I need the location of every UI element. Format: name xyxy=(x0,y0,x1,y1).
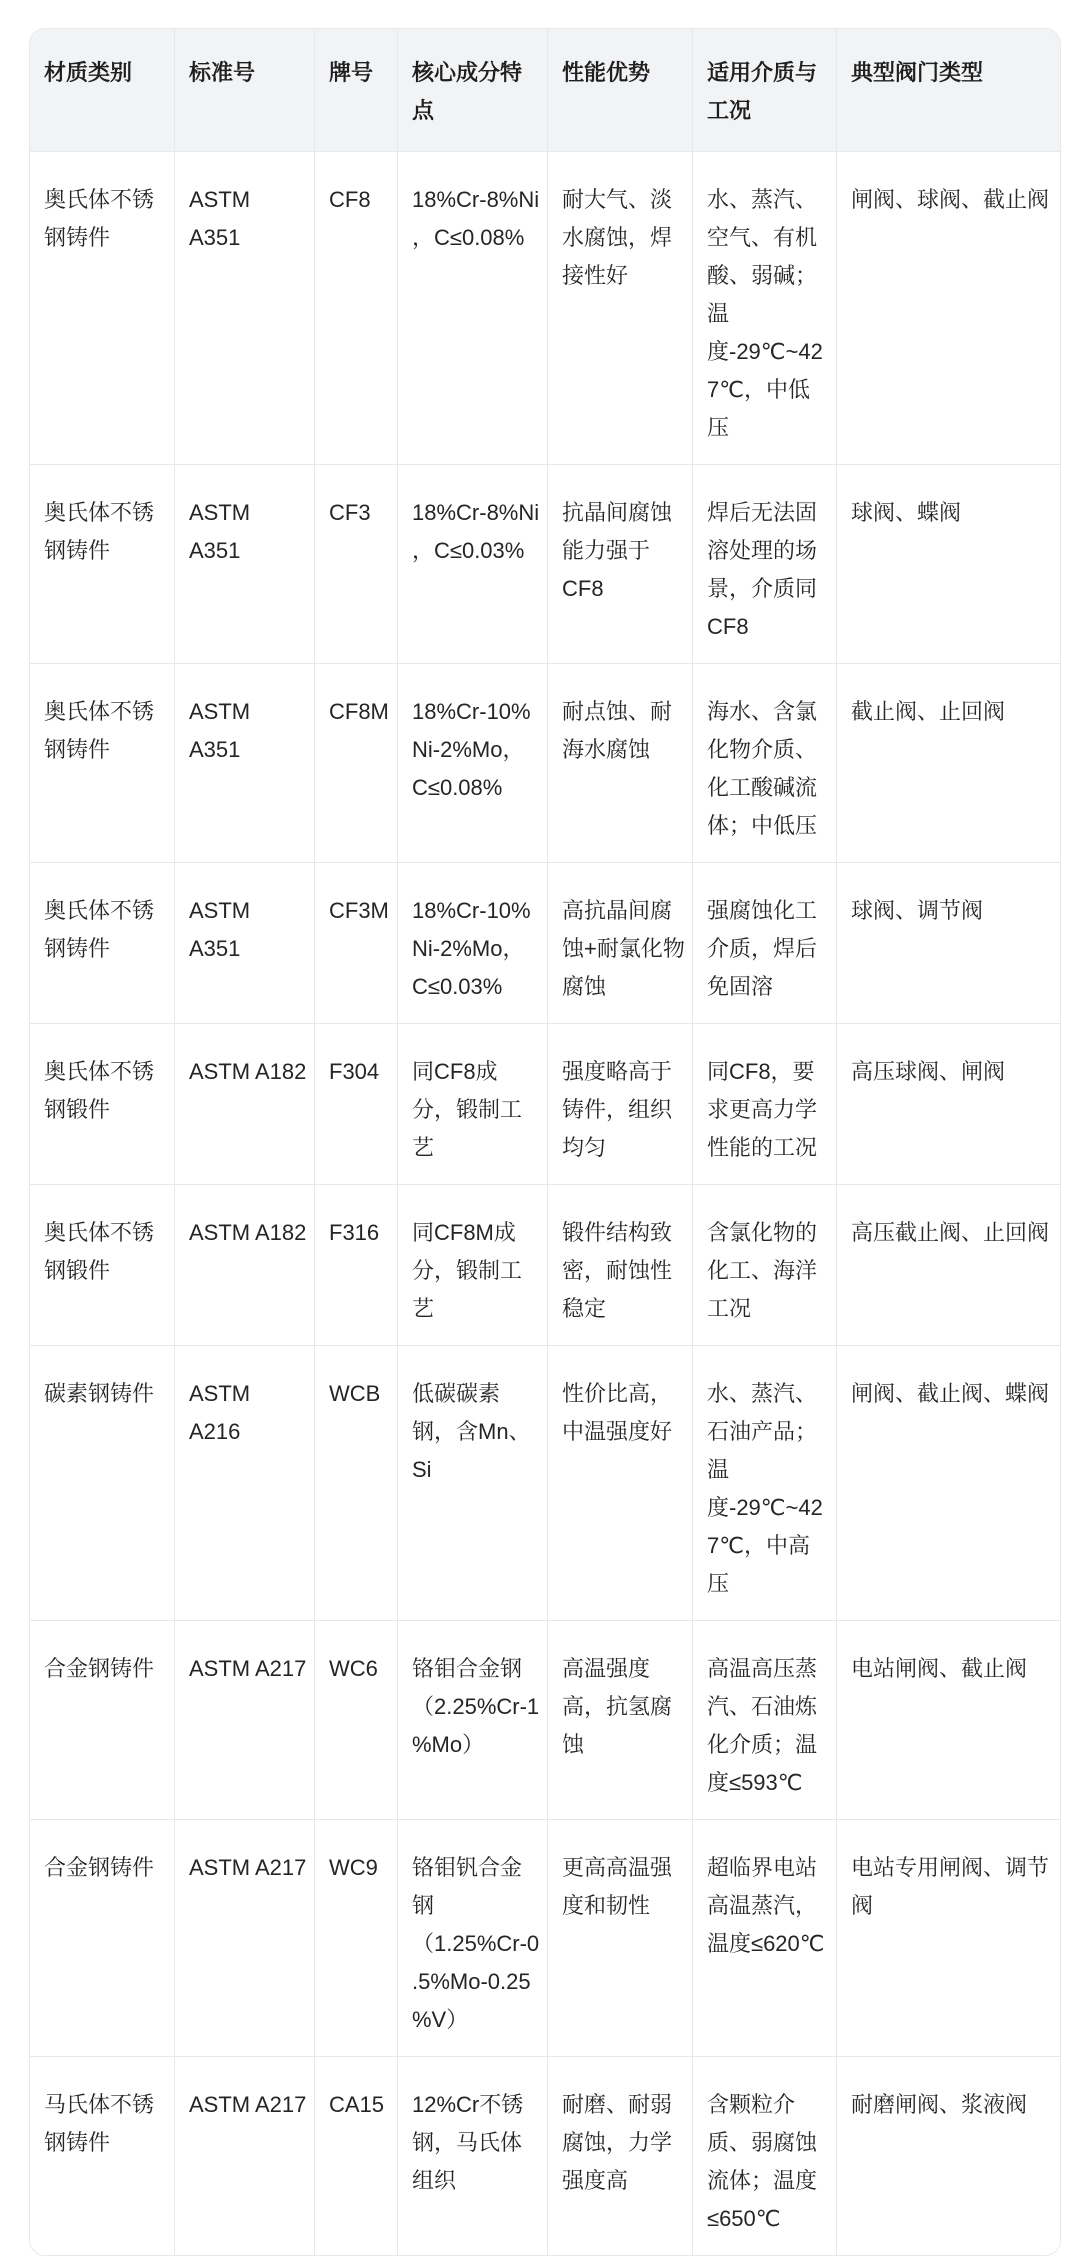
table-cell: 18%Cr-10% Ni-2%Mo， C≤0.08% xyxy=(398,664,548,863)
table-cell: 焊后无法固 溶处理的场 景，介质同 CF8 xyxy=(693,465,837,664)
table-cell: ASTM A182 xyxy=(175,1185,315,1346)
table-cell: F304 xyxy=(315,1024,398,1185)
table-cell: 强腐蚀化工 介质，焊后 免固溶 xyxy=(693,863,837,1024)
table-cell: 耐大气、淡 水腐蚀，焊 接性好 xyxy=(548,152,693,465)
table-cell: 水、蒸汽、 石油产品； 温 度-29℃~42 7℃，中高压 xyxy=(693,1346,837,1621)
table-cell: ASTM A217 xyxy=(175,1820,315,2057)
column-header: 牌号 xyxy=(315,29,398,152)
table-cell: CF3M xyxy=(315,863,398,1024)
table-row: 合金钢铸件ASTM A217WC9铬钼钒合金 钢 （1.25%Cr-0 .5%M… xyxy=(30,1820,1060,2057)
table-cell: 含氯化物的 化工、海洋 工况 xyxy=(693,1185,837,1346)
table-cell: 高压截止阀、止回阀 xyxy=(837,1185,1060,1346)
column-header: 性能优势 xyxy=(548,29,693,152)
table-cell: 水、蒸汽、 空气、有机 酸、弱碱； 温 度-29℃~42 7℃，中低压 xyxy=(693,152,837,465)
table-cell: ASTM A217 xyxy=(175,1621,315,1820)
table-cell: ASTM A216 xyxy=(175,1346,315,1621)
table-cell: 18%Cr-8%Ni ，C≤0.03% xyxy=(398,465,548,664)
table-row: 碳素钢铸件ASTM A216WCB低碳碳素 钢，含Mn、 Si性价比高， 中温强… xyxy=(30,1346,1060,1621)
table-row: 奥氏体不锈 钢铸件ASTM A351CF818%Cr-8%Ni ，C≤0.08%… xyxy=(30,152,1060,465)
table-cell: 奥氏体不锈 钢锻件 xyxy=(30,1185,175,1346)
table-cell: 强度略高于 铸件，组织 均匀 xyxy=(548,1024,693,1185)
table-cell: 球阀、调节阀 xyxy=(837,863,1060,1024)
column-header: 适用介质与 工况 xyxy=(693,29,837,152)
table-cell: 高抗晶间腐 蚀+耐氯化物 腐蚀 xyxy=(548,863,693,1024)
table-row: 奥氏体不锈 钢铸件ASTM A351CF3M18%Cr-10% Ni-2%Mo，… xyxy=(30,863,1060,1024)
table-cell: 锻件结构致 密，耐蚀性 稳定 xyxy=(548,1185,693,1346)
table-cell: 截止阀、止回阀 xyxy=(837,664,1060,863)
table-cell: 同CF8M成 分，锻制工 艺 xyxy=(398,1185,548,1346)
table-cell: 铬钼钒合金 钢 （1.25%Cr-0 .5%Mo-0.25 %V） xyxy=(398,1820,548,2057)
table-cell: 电站专用闸阀、调节 阀 xyxy=(837,1820,1060,2057)
table-cell: 抗晶间腐蚀 能力强于 CF8 xyxy=(548,465,693,664)
table-cell: 耐点蚀、耐 海水腐蚀 xyxy=(548,664,693,863)
table-cell: 闸阀、截止阀、蝶阀 xyxy=(837,1346,1060,1621)
table-cell: 同CF8，要 求更高力学 性能的工况 xyxy=(693,1024,837,1185)
table-cell: F316 xyxy=(315,1185,398,1346)
table-cell: 球阀、蝶阀 xyxy=(837,465,1060,664)
table-cell: 18%Cr-10% Ni-2%Mo， C≤0.03% xyxy=(398,863,548,1024)
table-row: 合金钢铸件ASTM A217WC6铬钼合金钢 （2.25%Cr-1 %Mo）高温… xyxy=(30,1621,1060,1820)
table-row: 奥氏体不锈 钢锻件ASTM A182F304同CF8成 分，锻制工 艺强度略高于… xyxy=(30,1024,1060,1185)
table-cell: 铬钼合金钢 （2.25%Cr-1 %Mo） xyxy=(398,1621,548,1820)
table-cell: 低碳碳素 钢，含Mn、 Si xyxy=(398,1346,548,1621)
table-cell: CF8M xyxy=(315,664,398,863)
table-cell: 奥氏体不锈 钢铸件 xyxy=(30,152,175,465)
table-row: 奥氏体不锈 钢铸件ASTM A351CF8M18%Cr-10% Ni-2%Mo，… xyxy=(30,664,1060,863)
table-cell: 高压球阀、闸阀 xyxy=(837,1024,1060,1185)
table-cell: CF3 xyxy=(315,465,398,664)
table-cell: 奥氏体不锈 钢铸件 xyxy=(30,664,175,863)
column-header: 典型阀门类型 xyxy=(837,29,1060,152)
table-cell: WC6 xyxy=(315,1621,398,1820)
table-body: 奥氏体不锈 钢铸件ASTM A351CF818%Cr-8%Ni ，C≤0.08%… xyxy=(30,152,1060,2255)
column-header: 材质类别 xyxy=(30,29,175,152)
table-cell: 合金钢铸件 xyxy=(30,1621,175,1820)
table-cell: 高温强度 高，抗氢腐 蚀 xyxy=(548,1621,693,1820)
table-cell: ASTM A351 xyxy=(175,863,315,1024)
material-table-card: 材质类别标准号牌号核心成分特 点性能优势适用介质与 工况典型阀门类型 奥氏体不锈… xyxy=(29,28,1061,2256)
table-cell: 超临界电站 高温蒸汽， 温度≤620℃ xyxy=(693,1820,837,2057)
table-cell: ASTM A351 xyxy=(175,465,315,664)
table-cell: 碳素钢铸件 xyxy=(30,1346,175,1621)
material-table: 材质类别标准号牌号核心成分特 点性能优势适用介质与 工况典型阀门类型 奥氏体不锈… xyxy=(30,29,1060,2255)
table-cell: 奥氏体不锈 钢铸件 xyxy=(30,863,175,1024)
table-cell: 电站闸阀、截止阀 xyxy=(837,1621,1060,1820)
table-cell: 耐磨闸阀、浆液阀 xyxy=(837,2057,1060,2255)
table-cell: 海水、含氯 化物介质、 化工酸碱流 体；中低压 xyxy=(693,664,837,863)
table-cell: 耐磨、耐弱 腐蚀，力学 强度高 xyxy=(548,2057,693,2255)
header-row: 材质类别标准号牌号核心成分特 点性能优势适用介质与 工况典型阀门类型 xyxy=(30,29,1060,152)
table-cell: ASTM A351 xyxy=(175,152,315,465)
table-cell: ASTM A182 xyxy=(175,1024,315,1185)
table-row: 奥氏体不锈 钢铸件ASTM A351CF318%Cr-8%Ni ，C≤0.03%… xyxy=(30,465,1060,664)
table-cell: 奥氏体不锈 钢锻件 xyxy=(30,1024,175,1185)
table-row: 马氏体不锈 钢铸件ASTM A217CA1512%Cr不锈 钢，马氏体 组织耐磨… xyxy=(30,2057,1060,2255)
column-header: 核心成分特 点 xyxy=(398,29,548,152)
table-cell: 同CF8成 分，锻制工 艺 xyxy=(398,1024,548,1185)
table-cell: 马氏体不锈 钢铸件 xyxy=(30,2057,175,2255)
table-cell: 含颗粒介 质、弱腐蚀 流体；温度 ≤650℃ xyxy=(693,2057,837,2255)
table-row: 奥氏体不锈 钢锻件ASTM A182F316同CF8M成 分，锻制工 艺锻件结构… xyxy=(30,1185,1060,1346)
table-cell: 12%Cr不锈 钢，马氏体 组织 xyxy=(398,2057,548,2255)
table-cell: 闸阀、球阀、截止阀 xyxy=(837,152,1060,465)
column-header: 标准号 xyxy=(175,29,315,152)
table-cell: CF8 xyxy=(315,152,398,465)
table-cell: 奥氏体不锈 钢铸件 xyxy=(30,465,175,664)
table-cell: WC9 xyxy=(315,1820,398,2057)
table-cell: ASTM A217 xyxy=(175,2057,315,2255)
table-cell: WCB xyxy=(315,1346,398,1621)
table-cell: 更高高温强 度和韧性 xyxy=(548,1820,693,2057)
table-cell: 高温高压蒸 汽、石油炼 化介质；温 度≤593℃ xyxy=(693,1621,837,1820)
table-cell: ASTM A351 xyxy=(175,664,315,863)
table-cell: 性价比高， 中温强度好 xyxy=(548,1346,693,1621)
table-cell: CA15 xyxy=(315,2057,398,2255)
table-cell: 合金钢铸件 xyxy=(30,1820,175,2057)
table-cell: 18%Cr-8%Ni ，C≤0.08% xyxy=(398,152,548,465)
